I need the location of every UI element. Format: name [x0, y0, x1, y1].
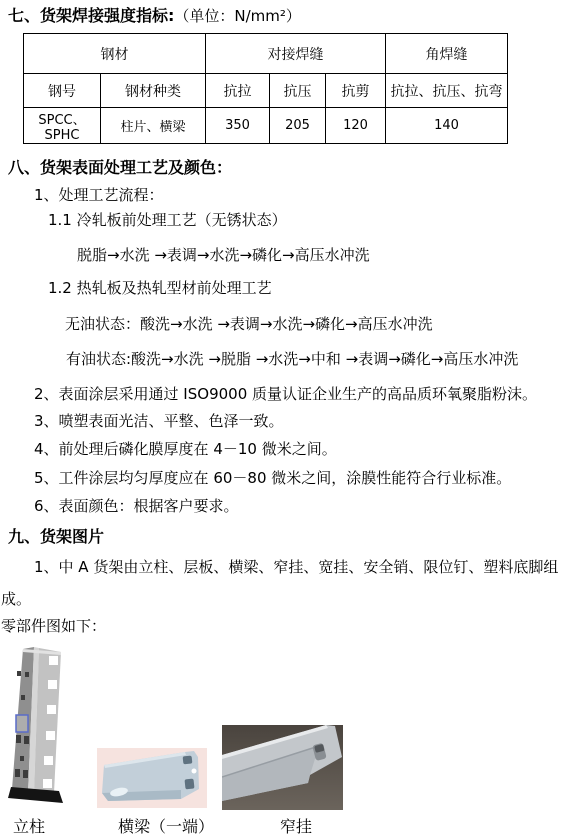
- cell-shear: 120: [326, 108, 386, 144]
- section8-flow-hot-oil: 有油状态:酸洗→水洗 →脱脂 →水洗→中和 →表调→磷化→高压水冲洗: [66, 350, 518, 369]
- cell-steel-type: 柱片、横梁: [101, 108, 206, 144]
- section7-heading: 七、货架焊接强度指标:（单位：N/mm²）: [8, 6, 301, 26]
- photo-upright-column: [8, 643, 66, 810]
- cell-steel-no: SPCC、SPHC: [24, 108, 101, 144]
- caption-upright-column: 立柱: [13, 814, 45, 836]
- table-col-header-steel-type: 钢材种类: [101, 74, 206, 108]
- table-group-header-butt-weld: 对接焊缝: [206, 34, 386, 74]
- section8-item3: 3、喷塑表面光洁、平整、色泽一致。: [34, 412, 284, 431]
- table-col-header-steel-no: 钢号: [24, 74, 101, 108]
- document-page: 七、货架焊接强度指标:（单位：N/mm²） 钢材 对接焊缝 角焊缝 钢号 钢材种…: [0, 0, 562, 836]
- section8-item6: 6、表面颜色：根据客户要求。: [34, 497, 239, 516]
- section8-heading: 八、货架表面处理工艺及颜色：: [8, 158, 232, 177]
- section8-flow-hot-no-oil: 无油状态：酸洗→水洗 →表调→水洗→磷化→高压水冲洗: [65, 315, 433, 334]
- cell-compressive: 205: [270, 108, 326, 144]
- table-col-header-fillet-all: 抗拉、抗压、抗弯: [386, 74, 508, 108]
- table-row: SPCC、SPHC 柱片、横梁 350 205 120 140: [24, 108, 508, 144]
- table-group-header-fillet-weld: 角焊缝: [386, 34, 508, 74]
- section7-heading-unit: （单位：N/mm²）: [174, 7, 301, 25]
- section8-item2: 2、表面涂层采用通过 ISO9000 质量认证企业生产的高品质环氧聚脂粉沫。: [34, 385, 537, 404]
- section9-para-line1: 1、中 A 货架由立柱、层板、横梁、窄挂、宽挂、安全销、限位钉、塑料底脚组: [34, 558, 558, 577]
- section8-flow-cold: 脱脂→水洗 →表调→水洗→磷化→高压水冲洗: [77, 246, 370, 265]
- section9-para-line2: 成。: [1, 590, 31, 609]
- cell-tensile: 350: [206, 108, 270, 144]
- table-col-header-tensile: 抗拉: [206, 74, 270, 108]
- cell-fillet-all: 140: [386, 108, 508, 144]
- caption-beam-end: 横梁（一端）: [118, 814, 214, 836]
- section9-heading: 九、货架图片: [8, 527, 104, 546]
- section8-item5: 5、工件涂层均匀厚度应在 60－80 微米之间，涂膜性能符合行业标准。: [34, 469, 511, 488]
- section8-item1-2: 1.2 热轧板及热轧型材前处理工艺: [48, 279, 272, 298]
- section8-item1-1: 1.1 冷轧板前处理工艺（无锈状态）: [48, 211, 287, 230]
- table-group-header-steel: 钢材: [24, 34, 206, 74]
- section9-intro: 零部件图如下：: [1, 617, 106, 636]
- section8-item1: 1、处理工艺流程：: [34, 186, 164, 205]
- weld-strength-table: 钢材 对接焊缝 角焊缝 钢号 钢材种类 抗拉 抗压 抗剪 抗拉、抗压、抗弯 SP…: [23, 33, 508, 144]
- section7-heading-bold: 七、货架焊接强度指标:: [8, 6, 174, 25]
- table-col-header-compressive: 抗压: [270, 74, 326, 108]
- photo-beam-end: [97, 748, 207, 808]
- table-col-header-shear: 抗剪: [326, 74, 386, 108]
- section8-item4: 4、前处理后磷化膜厚度在 4－10 微米之间。: [34, 440, 337, 459]
- photo-narrow-hanger: [222, 725, 343, 810]
- caption-narrow-hanger: 窄挂: [280, 814, 312, 836]
